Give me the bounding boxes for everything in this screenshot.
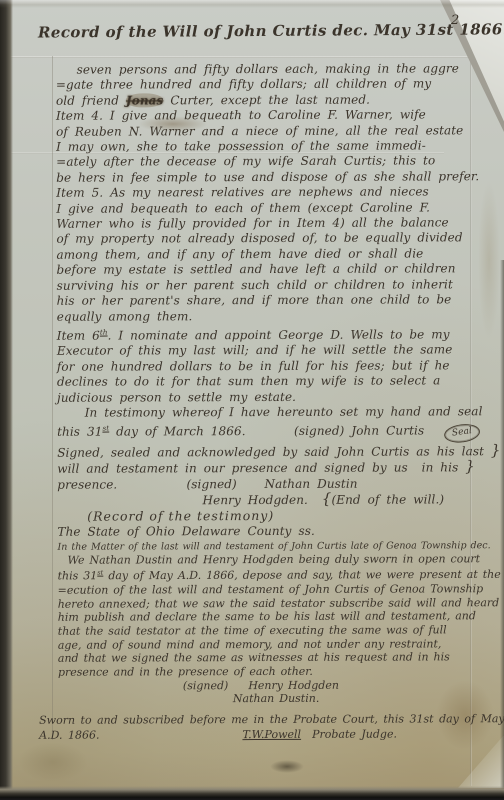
record-header: Record of the Will of John Curtis dec. M… <box>38 20 478 41</box>
text-line: for one hundred dollars to be in full fo… <box>57 358 477 375</box>
page-right-edge <box>500 260 504 790</box>
document-lines: seven persons and fifty dollars each, ma… <box>56 61 478 743</box>
text-line: judicious person to settle my estate. <box>57 389 477 406</box>
text-line: among them, and if any of them have died… <box>56 246 476 263</box>
text-line: In the Matter of the last will and testa… <box>57 539 477 553</box>
text-line: =ecution of the last will and testament … <box>58 582 478 597</box>
text-span: A.D. 1866. <box>39 728 242 742</box>
text-line: before my estate is settled and have lef… <box>57 262 477 279</box>
text-line: Sworn to and subscribed before me in the… <box>39 711 478 728</box>
text-span: . I nominate and appoint George D. Wells… <box>108 327 450 342</box>
text-span: Probate Judge. <box>301 728 397 741</box>
page-top-edge <box>0 0 504 8</box>
text-line: his or her parent's share, and if more t… <box>57 292 477 309</box>
ledger-page: Record of the Will of John Curtis dec. M… <box>0 0 504 800</box>
text-span: will and testament in our presence and s… <box>57 460 465 475</box>
text-span: th <box>100 327 108 336</box>
text-line: will and testament in our presence and s… <box>57 459 477 477</box>
text-line: presence. (signed) Nathan Dustin <box>57 476 477 493</box>
text-line: Item 4. I give and bequeath to Caroline … <box>56 107 476 124</box>
text-line: (signed) Henry Hodgden <box>58 678 478 693</box>
text-span: Item 6 <box>57 328 100 342</box>
text-span: (End of the will.) <box>331 492 444 506</box>
text-span: T.W.Powell <box>242 728 301 741</box>
text-line: The State of Ohio Delaware County ss. <box>57 524 477 541</box>
text-line: that the said testator at the time of ex… <box>58 623 478 638</box>
text-line: Signed, sealed and acknowledged by said … <box>57 443 477 461</box>
text-line: and that we signed the same as witnesses… <box>58 651 478 666</box>
text-span: Henry Hodgden. <box>57 493 321 508</box>
text-line: A.D. 1866. T.W.Powell Probate Judge. <box>39 726 478 743</box>
text-line: Item 6th. I nominate and appoint George … <box>57 323 477 344</box>
book-gutter-edge <box>0 0 13 800</box>
scanned-will-record-page: { "colors":{"paper":"#c3c6bd","paper_bot… <box>0 0 504 800</box>
text-line: Nathan Dustin. <box>58 692 478 707</box>
text-span: { <box>322 490 332 508</box>
text-line: this 31st day of March 1866. (signed) Jo… <box>57 420 477 445</box>
text-span: day of May A.D. 1866, depose and say, th… <box>103 568 504 582</box>
text-line: this 31st day of May A.D. 1866, depose a… <box>58 566 478 584</box>
text-line: (Record of the testimony) <box>57 508 477 525</box>
text-line: Warner who is fully provided for in Item… <box>56 215 476 232</box>
text-span: old friend <box>56 93 126 107</box>
text-span: Signed, sealed and acknowledged by said … <box>57 444 491 460</box>
text-line: him publish and declare the same to be h… <box>58 610 478 625</box>
text-line: I may own, she to take possession of the… <box>56 138 476 155</box>
text-span: Jonas <box>126 93 163 107</box>
text-line: presence and in the presence of each oth… <box>58 664 478 679</box>
seal-mark: Seal <box>443 422 481 445</box>
text-line: hereto annexed; that we saw the said tes… <box>58 596 478 611</box>
text-line: of Reuben N. Warner and a niece of mine,… <box>56 123 476 140</box>
text-line: In testimony whereof I have hereunto set… <box>57 404 477 421</box>
text-line: declines to do it for that sum then my w… <box>57 373 477 390</box>
paper-stain <box>18 742 88 782</box>
text-line: We Nathan Dustin and Henry Hodgden being… <box>58 552 478 567</box>
paper-stain <box>478 180 500 340</box>
text-line: equally among them. <box>57 308 477 325</box>
text-line: age, and of sound mind and memory, and n… <box>58 637 478 652</box>
horizontal-crease <box>0 56 504 58</box>
text-line: be hers in fee simple to use and dispose… <box>56 169 476 186</box>
text-line: surviving his or her parent such child o… <box>57 277 477 294</box>
text-span: day of March 1866. (signed) John Curtis <box>109 424 438 439</box>
text-line: seven persons and fifty dollars each, ma… <box>56 61 476 78</box>
text-line: Executor of this my last will; and if he… <box>57 343 477 360</box>
text-span: this 31 <box>58 570 98 583</box>
text-line: of my property not already disposed of, … <box>56 231 476 248</box>
text-line: old friend Jonas Curter, except the last… <box>56 92 476 109</box>
text-line: I give and bequeath to each of them (exc… <box>56 200 476 217</box>
text-span: Curter, except the last named. <box>163 92 370 107</box>
ink-stain <box>270 760 304 773</box>
text-line: Item 5. As my nearest relatives are neph… <box>56 185 476 202</box>
folded-corner <box>458 735 504 788</box>
text-span: this 31 <box>57 425 102 439</box>
text-line: =ately after the decease of my wife Sara… <box>56 154 476 171</box>
text-line: =gate three hundred and fifty dollars; a… <box>56 77 476 94</box>
page-number: 2 <box>451 13 459 28</box>
text-span: } <box>465 457 475 475</box>
desk-edge-shadow <box>0 786 504 800</box>
text-line: Henry Hodgden. {(End of the will.) <box>57 491 477 509</box>
margin-rule-line <box>52 56 53 740</box>
